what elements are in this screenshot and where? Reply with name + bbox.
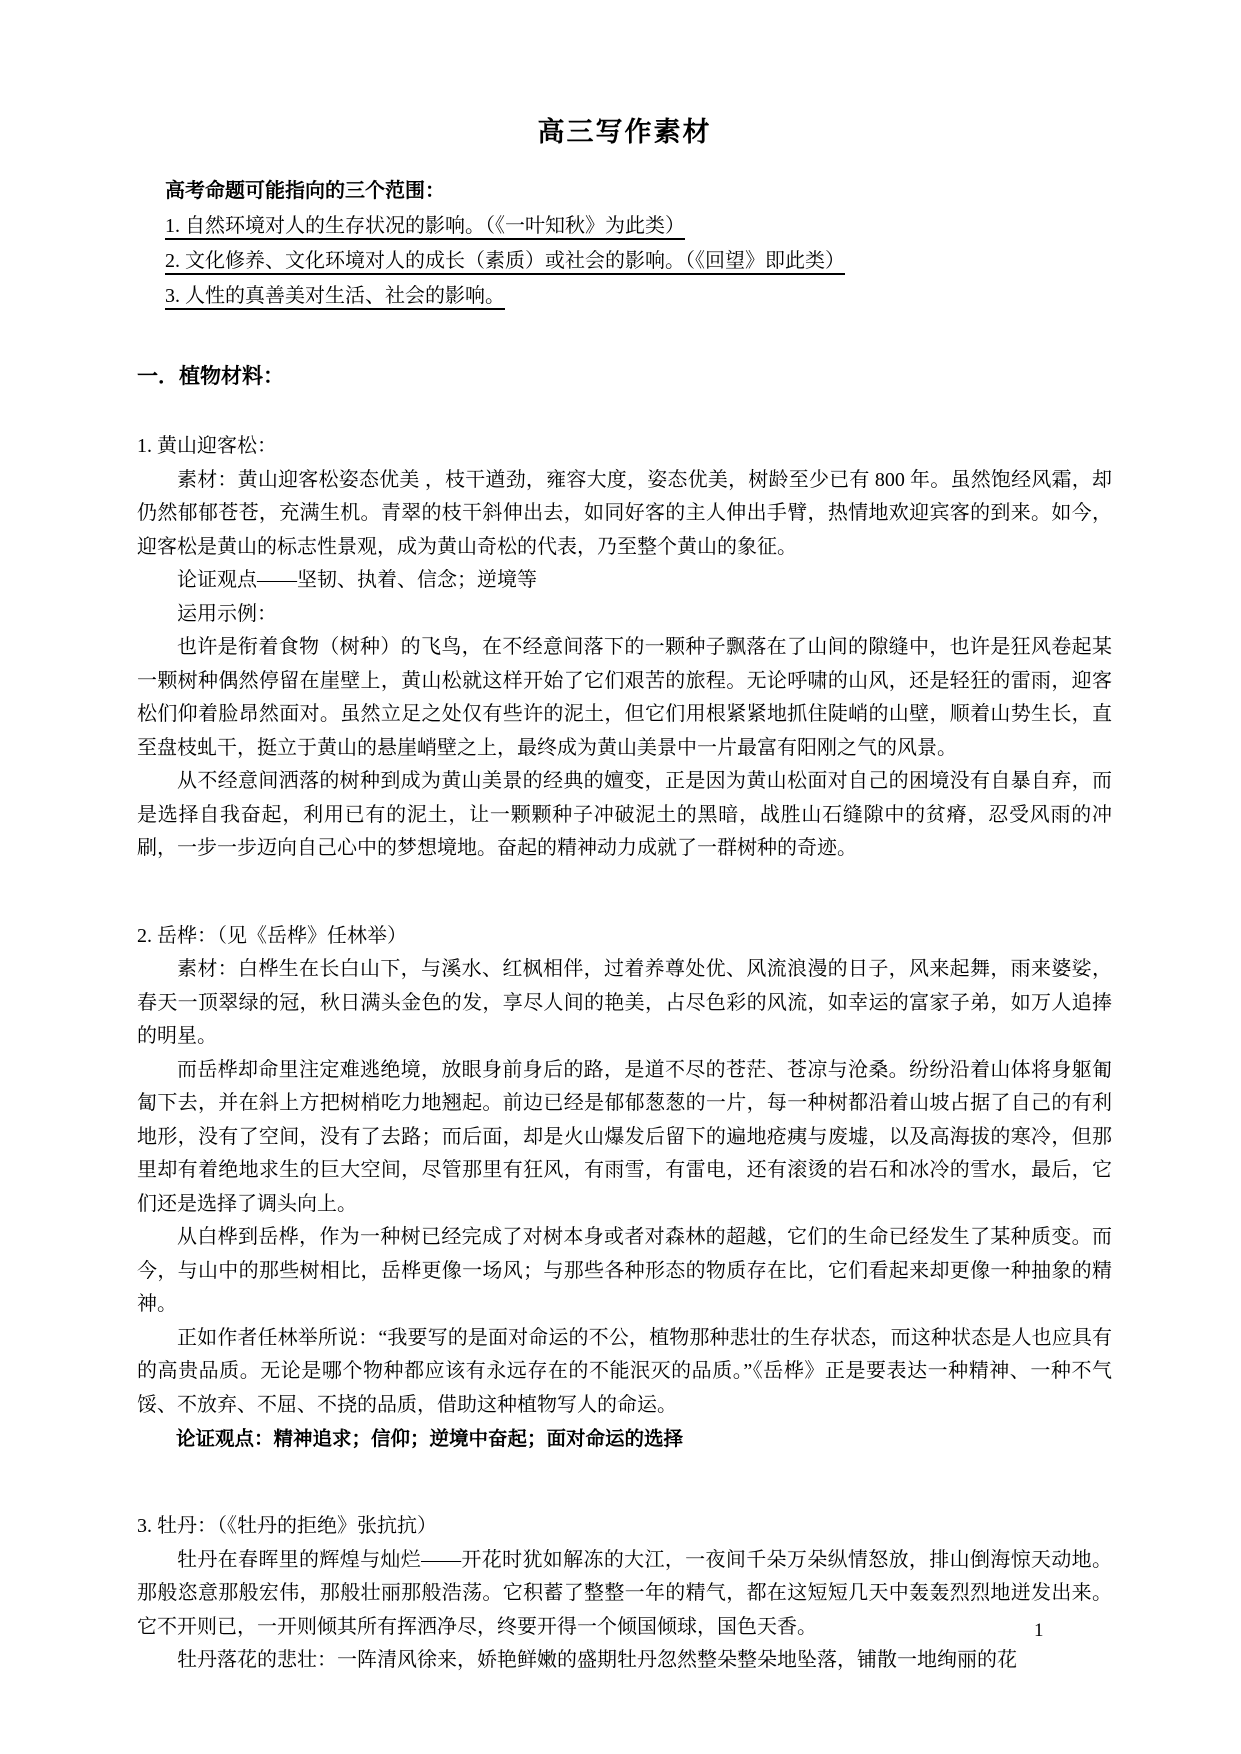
paragraph: 运用示例： <box>137 598 1112 632</box>
paragraph: 正如作者任林举所说：“我要写的是面对命运的不公，植物那种悲壮的生存状态，而这种状… <box>137 1322 1112 1423</box>
paragraph: 牡丹落花的悲壮：一阵清风徐来，娇艳鲜嫩的盛期牡丹忽然整朵整朵地坠落，铺散一地绚丽… <box>137 1644 1112 1678</box>
document-content: 高三写作素材 高考命题可能指向的三个范围： 1. 自然环境对人的生存状况的影响。… <box>137 0 1112 1678</box>
topic-title: 2. 岳桦：（见《岳桦》任林举） <box>137 920 1112 954</box>
paragraph: 而岳桦却命里注定难逃绝境，放眼身前身后的路，是道不尽的苍茫、苍凉与沧桑。纷纷沿着… <box>137 1054 1112 1222</box>
topic-title: 3. 牡丹：（《牡丹的拒绝》张抗抗） <box>137 1510 1112 1544</box>
intro-heading: 高考命题可能指向的三个范围： <box>165 173 1112 209</box>
intro-block: 高考命题可能指向的三个范围： 1. 自然环境对人的生存状况的影响。（《一叶知秋》… <box>165 173 1112 314</box>
page-title: 高三写作素材 <box>137 110 1112 149</box>
paragraph: 素材：黄山迎客松姿态优美 ，枝干遒劲，雍容大度，姿态优美，树龄至少已有 800 … <box>137 464 1112 565</box>
intro-item: 2. 文化修养、文化环境对人的成长（素质）或社会的影响。（《回望》即此类） <box>165 244 1112 279</box>
page-number: 1 <box>1034 1620 1044 1642</box>
intro-item: 1. 自然环境对人的生存状况的影响。（《一叶知秋》为此类） <box>165 209 1112 244</box>
argument-point: 论证观点：精神追求；信仰；逆境中奋起；面对命运的选择 <box>137 1422 1112 1456</box>
intro-item: 3. 人性的真善美对生活、社会的影响。 <box>165 279 1112 314</box>
topic-title: 1. 黄山迎客松： <box>137 430 1112 464</box>
paragraph: 从白桦到岳桦，作为一种树已经完成了对树本身或者对森林的超越，它们的生命已经发生了… <box>137 1221 1112 1322</box>
section-heading: 一．植物材料： <box>137 360 1112 394</box>
paragraph: 论证观点——坚韧、执着、信念；逆境等 <box>137 564 1112 598</box>
document-page: 高三写作素材 高考命题可能指向的三个范围： 1. 自然环境对人的生存状况的影响。… <box>0 0 1241 1754</box>
paragraph: 素材：白桦生在长白山下，与溪水、红枫相伴，过着养尊处优、风流浪漫的日子，风来起舞… <box>137 953 1112 1054</box>
paragraph: 牡丹在春晖里的辉煌与灿烂——开花时犹如解冻的大江，一夜间千朵万朵纵情怒放，排山倒… <box>137 1544 1112 1645</box>
paragraph: 也许是衔着食物（树种）的飞鸟，在不经意间落下的一颗种子飘落在了山间的隙缝中，也许… <box>137 631 1112 765</box>
paragraph: 从不经意间洒落的树种到成为黄山美景的经典的嬗变，正是因为黄山松面对自己的困境没有… <box>137 765 1112 866</box>
